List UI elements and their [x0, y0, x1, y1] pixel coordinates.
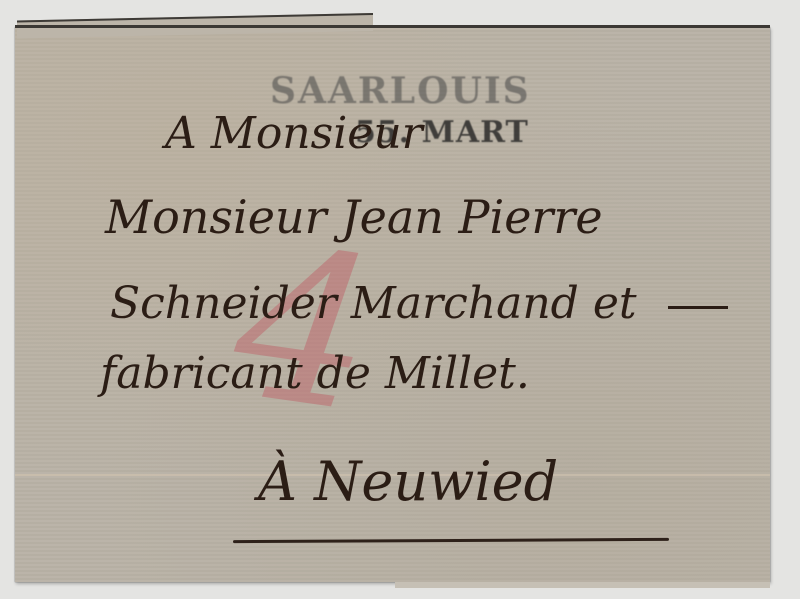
address-line-3: Schneider Marchand et	[110, 278, 637, 329]
address-line-1: A Monsieur	[165, 108, 423, 159]
address-dash	[668, 306, 728, 309]
address-line-4: fabricant de Millet.	[100, 348, 530, 399]
address-destination: À Neuwied	[258, 450, 558, 513]
red-rate-marking: 4	[224, 217, 386, 444]
letter-top-edge	[15, 25, 770, 28]
letter-bottom-tab	[395, 582, 770, 588]
address-line-2: Monsieur Jean Pierre	[105, 190, 603, 244]
postmark-town: SAARLOUIS	[270, 70, 531, 112]
